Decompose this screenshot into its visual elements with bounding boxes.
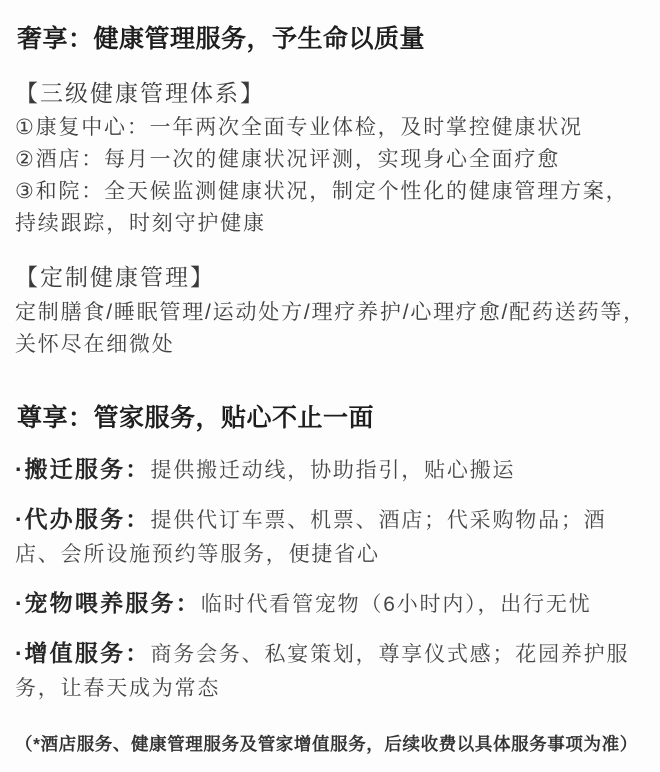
service-name-pet-care: 宠物喂养服务： <box>24 590 200 616</box>
butler-service-list: ·搬迁服务：提供搬迁动线，协助指引，贴心搬运 ·代办服务：提供代订车票、机票、酒… <box>15 453 647 707</box>
service-item-relocation: ·搬迁服务：提供搬迁动线，协助指引，贴心搬运 <box>15 453 647 489</box>
service-item-errand: ·代办服务：提供代订车票、机票、酒店；代采购物品；酒店、会所设施预约等服务，便捷… <box>15 503 647 573</box>
subhead-custom-health: 【定制健康管理】 <box>15 262 647 292</box>
service-name-relocation: 搬迁服务： <box>24 456 150 482</box>
service-item-value-added: ·增值服务：商务会务、私宴策划，尊享仪式感；花园养护服务，让春天成为常态 <box>15 637 647 707</box>
health-system-list: ①康复中心：一年两次全面专业体检，及时掌控健康状况 ②酒店：每月一次的健康状况评… <box>15 112 647 240</box>
fee-disclaimer-note: （*酒店服务、健康管理服务及管家增值服务，后续收费以具体服务事项为准） <box>15 731 647 757</box>
subhead-health-system: 【三级健康管理体系】 <box>15 78 647 108</box>
health-section-title: 奢享：健康管理服务，予生命以质量 <box>17 24 647 54</box>
service-name-value-added: 增值服务： <box>24 640 150 666</box>
service-desc-pet-care: 临时代看管宠物（6小时内），出行无忧 <box>201 593 592 616</box>
custom-health-paragraph: 定制膳食/睡眠管理/运动处方/理疗养护/心理疗愈/配药送药等，关怀尽在细微处 <box>15 297 647 361</box>
custom-health-text: 定制膳食/睡眠管理/运动处方/理疗养护/心理疗愈/配药送药等，关怀尽在细微处 <box>15 297 647 361</box>
service-name-errand: 代办服务： <box>24 506 150 532</box>
health-system-item-2: ②酒店：每月一次的健康状况评测，实现身心全面疗愈 <box>15 144 647 176</box>
health-system-item-3: ③和院：全天候监测健康状况，制定个性化的健康管理方案，持续跟踪，时刻守护健康 <box>15 176 647 240</box>
service-item-pet-care: ·宠物喂养服务：临时代看管宠物（6小时内），出行无忧 <box>15 587 647 623</box>
document-page: 奢享：健康管理服务，予生命以质量 【三级健康管理体系】 ①康复中心：一年两次全面… <box>0 0 660 772</box>
service-desc-relocation: 提供搬迁动线，协助指引，贴心搬运 <box>150 459 515 482</box>
health-system-item-1: ①康复中心：一年两次全面专业体检，及时掌控健康状况 <box>15 112 647 144</box>
butler-section-title: 尊享：管家服务，贴心不止一面 <box>17 403 647 433</box>
